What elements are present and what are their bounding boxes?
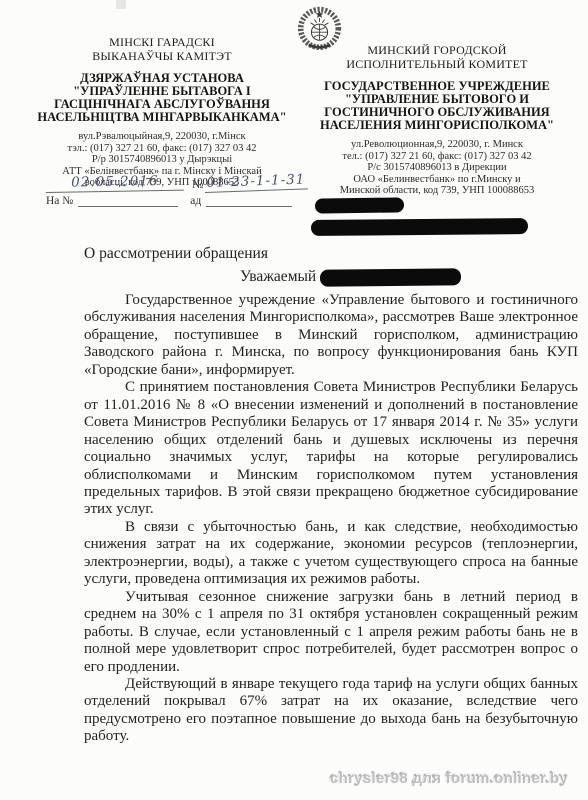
incoming-number-blank <box>78 195 178 207</box>
body-paragraph: Учитывая сезонное снижение загрузки бань… <box>84 589 578 676</box>
incoming-number-label: На № <box>46 195 73 207</box>
header-right-russian: МИНСКИЙ ГОРОДСКОЙ ИСПОЛНИТЕЛЬНЫЙ КОМИТЕТ… <box>302 44 572 197</box>
address-line: тэл.: (017) 327 21 60, факс: (017) 327 0… <box>28 143 296 155</box>
institution-line: НАСЕЛЕНИЯ МИНГОРИСПОЛКОМА" <box>302 119 572 132</box>
address-line: Минской области, код 739, УНП 100088653 <box>302 185 572 197</box>
body-paragraph: С принятием постановления Совета Министр… <box>84 379 578 519</box>
salutation-text: Уважаемый <box>240 268 316 285</box>
number-sign-label: № <box>192 177 203 192</box>
redaction-bar-recipient-line2 <box>311 218 528 236</box>
address-line: Р/с 3015740896013 в Дирекции <box>302 162 572 174</box>
redaction-bar-recipient-line1 <box>315 197 404 213</box>
committee-line: ВЫКАНАЎЧЫ КАМІТЭТ <box>28 50 296 64</box>
handwritten-date: 02.05.2016 <box>46 173 184 193</box>
address-line: Р/р 3015740896013 у Дырэкцыі <box>28 154 296 166</box>
address-line: вул.Рэвалюцыйная,9, 220030, г.Мінск <box>28 131 296 143</box>
address-line: ОАО «Белинвестбанк» по г.Минску и <box>302 174 572 186</box>
from-date-blank <box>206 195 292 207</box>
redaction-bar-addressee-name <box>320 268 461 286</box>
reference-block: 02.05.2016 № 01-23-1-1-31 На № ад <box>46 175 308 207</box>
scan-artifact <box>116 0 126 9</box>
letter-body: Государственное учреждение «Управление б… <box>84 292 578 746</box>
forum-watermark: chrysler98 для forum.onliner.by <box>330 770 568 787</box>
salutation-line: Уважаемый <box>240 268 461 286</box>
address-line: ул.Революционная,9, 220030, г. Минск <box>302 139 572 151</box>
institution-line: НАСЕЛЬНІЦТВА МІНГАРВЫКАНКАМА" <box>28 111 296 124</box>
handwritten-reference-number: 01-23-1-1-31 <box>205 171 308 193</box>
body-paragraph: Действующий в январе текущего года тариф… <box>84 676 578 746</box>
committee-line: МИНСКИЙ ГОРОДСКОЙ <box>302 44 572 58</box>
body-paragraph: Государственное учреждение «Управление б… <box>84 292 578 379</box>
address-line: тел.: (017) 327 21 60, факс: (017) 327 0… <box>302 151 572 163</box>
from-date-label: ад <box>190 195 201 207</box>
body-paragraph: В связи с убыточностью бань, и как следс… <box>84 519 578 589</box>
header-left-belarusian: МІНСКІ ГАРАДСКІ ВЫКАНАЎЧЫ КАМІТЭТ ДЗЯРЖА… <box>28 36 296 189</box>
committee-line: ИСПОЛНИТЕЛЬНЫЙ КОМИТЕТ <box>302 58 572 72</box>
subject-line: О рассмотрении обращения <box>84 245 268 263</box>
scanned-letter-page: МІНСКІ ГАРАДСКІ ВЫКАНАЎЧЫ КАМІТЭТ ДЗЯРЖА… <box>0 0 588 800</box>
committee-line: МІНСКІ ГАРАДСКІ <box>28 36 296 50</box>
